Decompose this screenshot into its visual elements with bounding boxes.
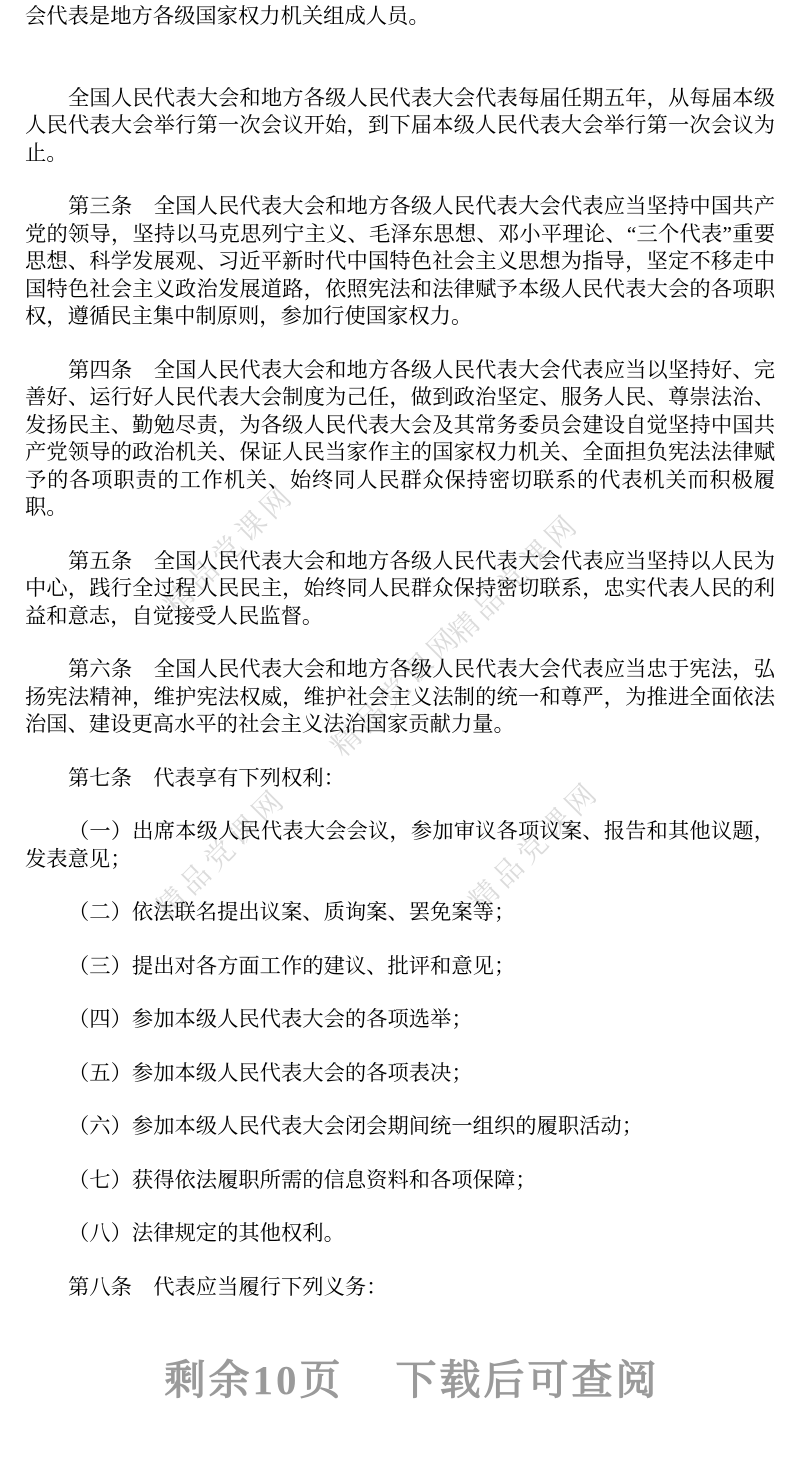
paragraph: （三）提出对各方面工作的建议、批评和意见；	[25, 953, 775, 981]
paragraph: （七）获得依法履职所需的信息资料和各项保障；	[25, 1167, 775, 1195]
remaining-pages-text: 剩余10页	[165, 1356, 344, 1404]
paragraph: （八）法律规定的其他权利。	[25, 1220, 775, 1248]
preview-footer: 剩余10页 下载后可查阅	[12, 1356, 800, 1404]
paragraph: 全国人民代表大会和地方各级人民代表大会代表每届任期五年，从每届本级人民代表大会举…	[25, 85, 775, 168]
paragraph: 第五条 全国人民代表大会和地方各级人民代表大会代表应当坚持以人民为中心，践行全过…	[25, 548, 775, 631]
paragraph: （六）参加本级人民代表大会闭会期间统一组织的履职活动；	[25, 1113, 775, 1141]
paragraph: （二）依法联名提出议案、质询案、罢免案等；	[25, 899, 775, 927]
paragraph: 会代表是地方各级国家权力机关组成人员。	[25, 3, 775, 31]
paragraph: （一）出席本级人民代表大会会议，参加审议各项议案、报告和其他议题，发表意见；	[25, 818, 775, 873]
paragraph: 第六条 全国人民代表大会和地方各级人民代表大会代表应当忠于宪法，弘扬宪法精神，维…	[25, 656, 775, 739]
paragraph: 第四条 全国人民代表大会和地方各级人民代表大会代表应当以坚持好、完善好、运行好人…	[25, 357, 775, 522]
document-body: 会代表是地方各级国家权力机关组成人员。全国人民代表大会和地方各级人民代表大会代表…	[25, 3, 775, 1327]
paragraph: 第三条 全国人民代表大会和地方各级人民代表大会代表应当坚持中国共产党的领导，坚持…	[25, 193, 775, 331]
download-hint-text: 下载后可查阅	[396, 1356, 660, 1404]
paragraph: 第八条 代表应当履行下列义务：	[25, 1274, 775, 1302]
paragraph: （五）参加本级人民代表大会的各项表决；	[25, 1060, 775, 1088]
paragraph: （四）参加本级人民代表大会的各项选举；	[25, 1006, 775, 1034]
paragraph: 第七条 代表享有下列权利：	[25, 765, 775, 793]
document-page: 精品党课网精品党课网精品党课网精品党课网精品党课网 会代表是地方各级国家权力机关…	[0, 0, 800, 1461]
